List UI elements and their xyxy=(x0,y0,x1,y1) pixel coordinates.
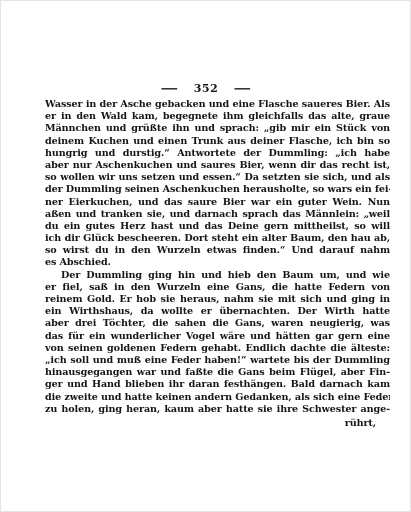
text-line-p2-8: „ich soll und muß eine Feder haben!“ war… xyxy=(45,355,390,367)
text-line-p2-3: reinem Gold. Er hob sie heraus, nahm sie… xyxy=(45,294,390,306)
text-line-p1-9: ner Eierkuchen, und das saure Bier war e… xyxy=(45,197,390,209)
page-header: — 352 — xyxy=(45,82,367,95)
catchword: rührt, xyxy=(45,418,390,430)
text-line-p2-7: von seinen goldenen Federn gehabt. Endli… xyxy=(45,343,390,355)
header-dash-left: — xyxy=(160,82,178,95)
text-line-p2-5: aber drei Töchter, die sahen die Gans, w… xyxy=(45,318,390,330)
text-line-p2-4: ein Wirthshaus, da wollte er übernachten… xyxy=(45,306,390,318)
text-line-p1-4: deinem Kuchen und einen Trunk aus deiner… xyxy=(45,136,390,148)
text-line-p1-8: der Dummling seinen Aschenkuchen heraush… xyxy=(45,184,390,196)
text-line-p2-6: das für ein wunderlicher Vogel wäre und … xyxy=(45,331,390,343)
page-number: 352 xyxy=(194,82,218,95)
book-page: — 352 — Wasser in der Asche gebacken und… xyxy=(0,0,411,512)
text-line-p1-14: es Abschied. xyxy=(45,257,390,269)
header-dash-right: — xyxy=(233,82,251,95)
text-line-p1-1: Wasser in der Asche gebacken und eine Fl… xyxy=(45,99,390,111)
text-block: Wasser in der Asche gebacken und eine Fl… xyxy=(45,99,390,430)
text-line-p1-11: du ein gutes Herz hast und das Deine ger… xyxy=(45,221,390,233)
text-line-p2-12: zu holen, ging heran, kaum aber hatte si… xyxy=(45,404,390,416)
text-line-p1-13: so wirst du in den Wurzeln etwas finden.… xyxy=(45,245,390,257)
text-line-p1-10: aßen und tranken sie, und darnach sprach… xyxy=(45,209,390,221)
text-line-p1-6: aber nur Aschenkuchen und saures Bier, w… xyxy=(45,160,390,172)
text-line-p2-1: Der Dummling ging hin und hieb den Baum … xyxy=(45,270,390,282)
text-line-p1-3: Männchen und grüßte ihn und sprach: „gib… xyxy=(45,123,390,135)
text-line-p1-2: er in den Wald kam, begegnete ihm gleich… xyxy=(45,111,390,123)
text-line-p2-10: ger und Hand blieben ihr daran festhänge… xyxy=(45,379,390,391)
text-line-p2-9: hinausgegangen war und faßte die Gans be… xyxy=(45,367,390,379)
text-line-p1-12: ich dir Glück bescheeren. Dort steht ein… xyxy=(45,233,390,245)
text-line-p2-11: die zweite und hatte keinen andern Gedan… xyxy=(45,392,390,404)
text-line-p1-5: hungrig und durstig.“ Antwortete der Dum… xyxy=(45,148,390,160)
text-line-p1-7: so wollen wir uns setzen und essen.“ Da … xyxy=(45,172,390,184)
text-line-p2-2: er fiel, saß in den Wurzeln eine Gans, d… xyxy=(45,282,390,294)
